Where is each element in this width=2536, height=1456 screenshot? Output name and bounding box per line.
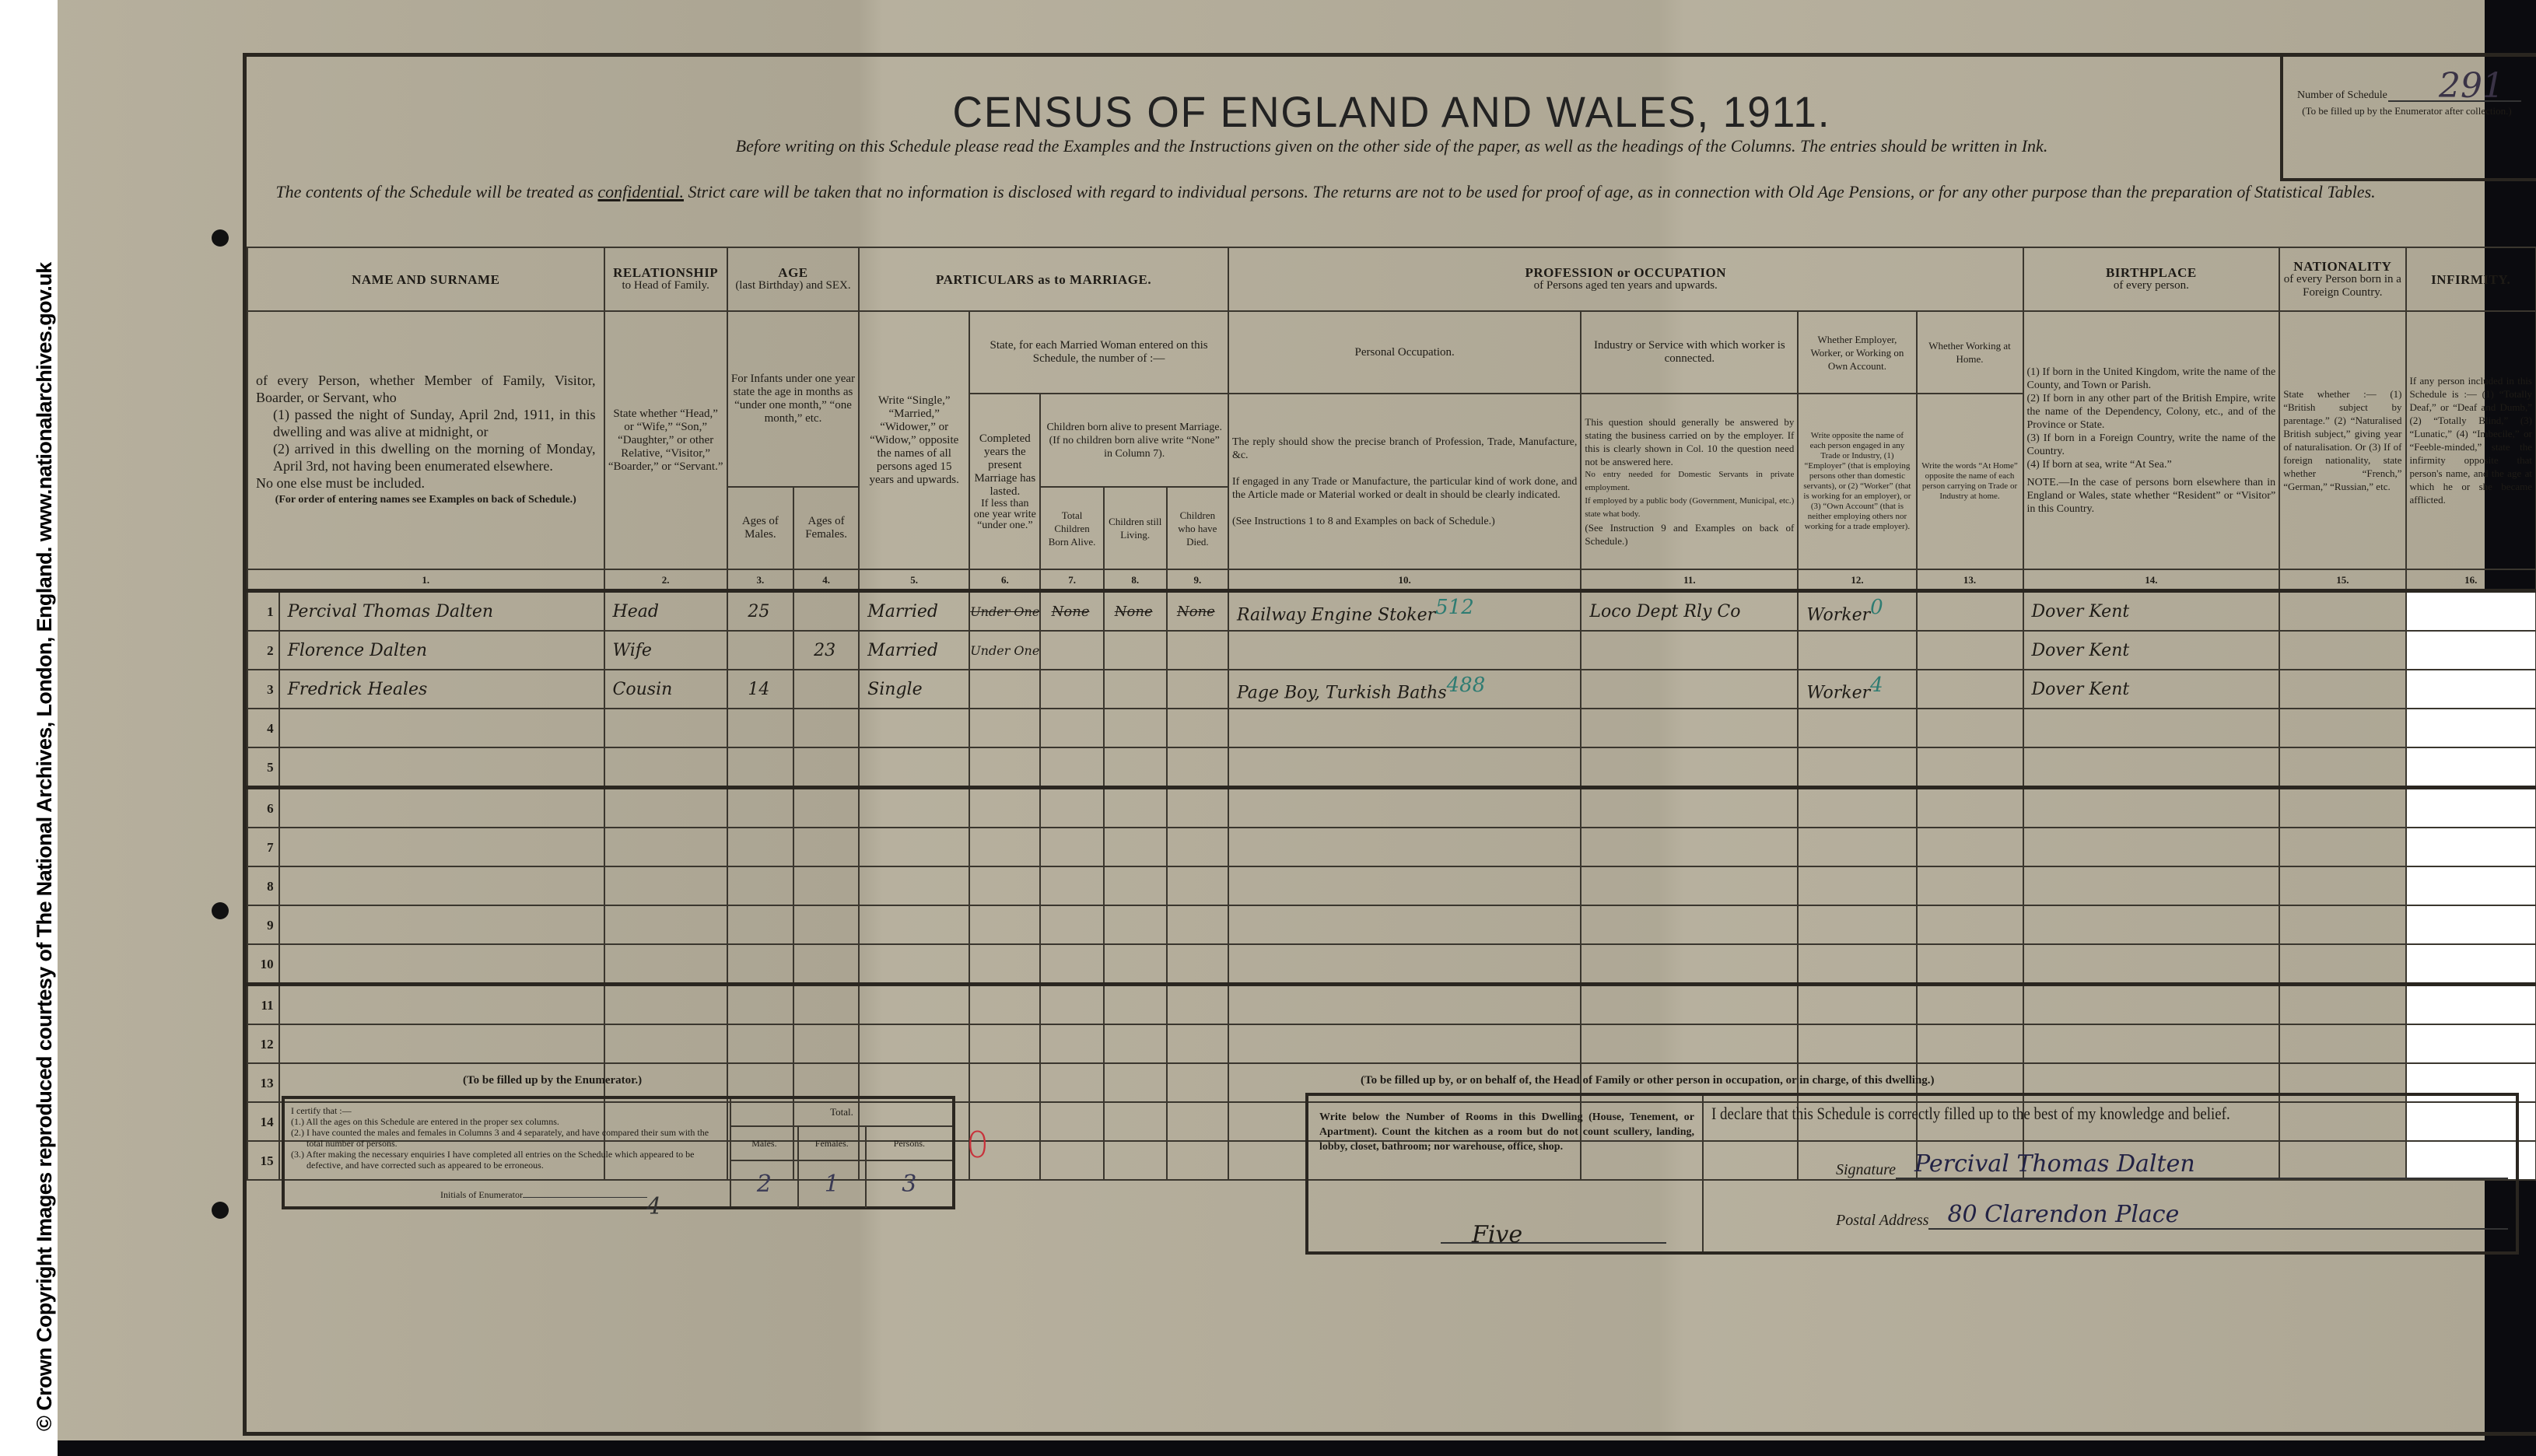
- children-died-cell: [1167, 670, 1228, 709]
- red-pencil-mark: 0: [966, 1124, 989, 1166]
- punch-hole: [212, 1202, 229, 1219]
- instruction-line: Before writing on this Schedule please r…: [247, 136, 2536, 156]
- home-cell: [1917, 591, 2023, 632]
- total-persons: 3: [867, 1161, 952, 1208]
- header-home: Whether Working at Home.: [1917, 311, 2023, 394]
- postal-address-value: 80 Clarendon Place: [1928, 1201, 2508, 1230]
- empty-cell: [1104, 905, 1167, 944]
- children-living-cell: [1104, 670, 1167, 709]
- empty-cell: [1917, 866, 2023, 905]
- empty-cell: [1798, 788, 1916, 828]
- infirmity-cell-redacted: [2406, 709, 2536, 747]
- rooms-value: Five: [1441, 1227, 1666, 1244]
- empty-cell: [1917, 788, 2023, 828]
- empty-cell: [727, 709, 793, 747]
- years-married-cell: [969, 670, 1040, 709]
- table-row: 6: [247, 788, 2536, 828]
- col-number: 10.: [1228, 569, 1581, 591]
- occupation-cell: Page Boy, Turkish Baths488: [1228, 670, 1581, 709]
- industry-instructions: This question should generally be answer…: [1581, 394, 1798, 569]
- home-cell: [1917, 631, 2023, 670]
- empty-cell: [859, 905, 969, 944]
- row-number: 9: [247, 905, 279, 944]
- empty-cell: [727, 788, 793, 828]
- empty-cell: [793, 828, 859, 866]
- empty-cell: [969, 788, 1040, 828]
- schedule-number-note: (To be filled up by the Enumerator after…: [2294, 105, 2520, 117]
- age-female-cell: [793, 670, 859, 709]
- row-number: 7: [247, 828, 279, 866]
- empty-cell: [1228, 905, 1581, 944]
- empty-cell: [1798, 944, 1916, 985]
- birthplace-cell: Dover Kent: [2023, 631, 2280, 670]
- table-row: 8: [247, 866, 2536, 905]
- empty-cell: [1581, 709, 1798, 747]
- empty-cell: [727, 1024, 793, 1063]
- employer-cell: Worker0: [1798, 591, 1916, 632]
- col-number: 16.: [2406, 569, 2536, 591]
- nationality-cell: [2279, 631, 2405, 670]
- empty-cell: [859, 828, 969, 866]
- col-number: 8.: [1104, 569, 1167, 591]
- infirmity-cell-redacted: [2406, 631, 2536, 670]
- empty-cell: [1228, 866, 1581, 905]
- marriage-cell: Married: [859, 591, 969, 632]
- empty-cell: [793, 985, 859, 1025]
- header-relationship: RELATIONSHIPto Head of Family.: [604, 247, 727, 311]
- empty-cell: [969, 985, 1040, 1025]
- empty-cell: [1167, 747, 1228, 788]
- empty-cell: [2023, 788, 2280, 828]
- years-married-instructions: Completed years the present Marriage has…: [969, 394, 1040, 569]
- infirmity-cell-redacted: [2406, 1024, 2536, 1063]
- name-cell: Florence Dalten: [279, 631, 604, 670]
- empty-cell: [604, 788, 727, 828]
- age-male-cell: [727, 631, 793, 670]
- name-instructions: of every Person, whether Member of Famil…: [247, 311, 604, 569]
- empty-cell: [279, 788, 604, 828]
- empty-cell: [2279, 788, 2405, 828]
- header-birthplace: BIRTHPLACEof every person.: [2023, 247, 2280, 311]
- relationship-cell: Cousin: [604, 670, 727, 709]
- initials-value: 4: [646, 1202, 661, 1213]
- head-of-family-box: Write below the Number of Rooms in this …: [1305, 1093, 2519, 1255]
- empty-cell: [279, 709, 604, 747]
- row-number: 6: [247, 788, 279, 828]
- row-number: 12: [247, 1024, 279, 1063]
- col-number: 2.: [604, 569, 727, 591]
- table-row: 1 Percival Thomas Dalten Head 25 Married…: [247, 591, 2536, 632]
- empty-cell: [279, 1024, 604, 1063]
- empty-cell: [604, 905, 727, 944]
- empty-cell: [2279, 747, 2405, 788]
- copyright-strip: © Crown Copyright Images reproduced cour…: [0, 0, 58, 1456]
- empty-cell: [1167, 944, 1228, 985]
- birthplace-cell: Dover Kent: [2023, 591, 2280, 632]
- empty-cell: [2023, 1024, 2280, 1063]
- empty-cell: [1040, 866, 1103, 905]
- infirmity-cell-redacted: [2406, 944, 2536, 985]
- table-row: 3 Fredrick Heales Cousin 14 Single Page …: [247, 670, 2536, 709]
- home-instructions: Write the words “At Home” opposite the n…: [1917, 394, 2023, 569]
- industry-cell: Loco Dept Rly Co: [1581, 591, 1798, 632]
- years-married-cell: Under One: [969, 631, 1040, 670]
- empty-cell: [279, 944, 604, 985]
- empty-cell: [969, 1024, 1040, 1063]
- empty-cell: [1917, 828, 2023, 866]
- table-row: 9: [247, 905, 2536, 944]
- col-number: 9.: [1167, 569, 1228, 591]
- empty-cell: [1917, 747, 2023, 788]
- marriage-cell: Single: [859, 670, 969, 709]
- declaration-box: I declare that this Schedule is correctl…: [1704, 1096, 2516, 1251]
- empty-cell: [969, 709, 1040, 747]
- empty-cell: [1581, 944, 1798, 985]
- empty-cell: [859, 1024, 969, 1063]
- col-number: 5.: [859, 569, 969, 591]
- infirmity-cell-redacted: [2406, 747, 2536, 788]
- empty-cell: [793, 788, 859, 828]
- totals-table: Total. Males.2 Females.1 Persons.3: [731, 1099, 952, 1206]
- children-died-cell: [1167, 631, 1228, 670]
- industry-cell: [1581, 670, 1798, 709]
- employer-cell: Worker4: [1798, 670, 1916, 709]
- schedule-number-value: 291: [2439, 66, 2504, 106]
- home-cell: [1917, 670, 2023, 709]
- infirmity-cell-redacted: [2406, 828, 2536, 866]
- empty-cell: [1917, 905, 2023, 944]
- children-living-cell: [1104, 631, 1167, 670]
- empty-cell: [2023, 944, 2280, 985]
- empty-cell: [1167, 1024, 1228, 1063]
- empty-cell: [604, 709, 727, 747]
- empty-cell: [1104, 985, 1167, 1025]
- name-cell: Fredrick Heales: [279, 670, 604, 709]
- empty-cell: [1040, 1024, 1103, 1063]
- empty-cell: [1167, 866, 1228, 905]
- empty-cell: [2279, 866, 2405, 905]
- empty-cell: [1798, 905, 1916, 944]
- employer-code: 4: [1870, 674, 1883, 697]
- empty-cell: [1798, 985, 1916, 1025]
- table-row: 10: [247, 944, 2536, 985]
- empty-cell: [1798, 866, 1916, 905]
- employer-code: 0: [1870, 596, 1883, 619]
- col-number: 13.: [1917, 569, 2023, 591]
- name-cell: Percival Thomas Dalten: [279, 591, 604, 632]
- employer-instructions: Write opposite the name of each person e…: [1798, 394, 1916, 569]
- header-employer: Whether Employer, Worker, or Working on …: [1798, 311, 1916, 394]
- col-number: 14.: [2023, 569, 2280, 591]
- children-living-cell: None: [1104, 591, 1167, 632]
- empty-cell: [604, 985, 727, 1025]
- age-male-cell: 14: [727, 670, 793, 709]
- empty-cell: [859, 709, 969, 747]
- empty-cell: [727, 866, 793, 905]
- table-row: 7: [247, 828, 2536, 866]
- col-number: 3.: [727, 569, 793, 591]
- header-children-died: Children who have Died.: [1167, 487, 1228, 569]
- empty-cell: [2023, 985, 2280, 1025]
- infirmity-cell-redacted: [2406, 985, 2536, 1025]
- header-marriage: PARTICULARS as to MARRIAGE.: [859, 247, 1228, 311]
- empty-cell: [279, 985, 604, 1025]
- footer-section: (To be filled up by the Enumerator.) I c…: [247, 1059, 2536, 1440]
- empty-cell: [604, 828, 727, 866]
- schedule-number-box: Number of Schedule 291 (To be filled up …: [2280, 57, 2536, 181]
- empty-cell: [1228, 828, 1581, 866]
- years-married-cell: Under One: [969, 591, 1040, 632]
- table-row: 4: [247, 709, 2536, 747]
- birthplace-cell: Dover Kent: [2023, 670, 2280, 709]
- enumerator-section-title: (To be filled up by the Enumerator.): [463, 1074, 642, 1087]
- empty-cell: [1104, 828, 1167, 866]
- empty-cell: [1917, 944, 2023, 985]
- married-woman-instructions: State, for each Married Woman entered on…: [969, 311, 1228, 394]
- empty-cell: [859, 944, 969, 985]
- empty-cell: [793, 709, 859, 747]
- header-occupation: PROFESSION or OCCUPATIONof Persons aged …: [1228, 247, 2023, 311]
- col-number: 12.: [1798, 569, 1916, 591]
- children-born-cell: [1040, 670, 1103, 709]
- copyright-notice: © Crown Copyright Images reproduced cour…: [29, 262, 60, 1431]
- col-number: 4.: [793, 569, 859, 591]
- enumerator-initials: Initials of Enumerator4: [440, 1189, 647, 1200]
- empty-cell: [1581, 828, 1798, 866]
- header-infirmity: INFIRMITY.: [2406, 247, 2536, 311]
- schedule-frame: CENSUS OF ENGLAND AND WALES, 1911. Befor…: [243, 53, 2536, 1436]
- empty-cell: [1104, 788, 1167, 828]
- empty-cell: [1917, 985, 2023, 1025]
- employer-cell: [1798, 631, 1916, 670]
- empty-cell: [1040, 905, 1103, 944]
- head-of-family-section-title: (To be filled up by, or on behalf of, th…: [1361, 1074, 1935, 1087]
- empty-cell: [1581, 1024, 1798, 1063]
- empty-cell: [727, 985, 793, 1025]
- header-ages-females: Ages of Females.: [793, 487, 859, 569]
- empty-cell: [793, 905, 859, 944]
- col-number: 1.: [247, 569, 604, 591]
- infirmity-instructions: If any person included in this Schedule …: [2406, 311, 2536, 569]
- infirmity-cell-redacted: [2406, 670, 2536, 709]
- row-number: 4: [247, 709, 279, 747]
- row-number: 10: [247, 944, 279, 985]
- punch-hole: [212, 902, 229, 919]
- empty-cell: [2279, 828, 2405, 866]
- empty-cell: [1798, 1024, 1916, 1063]
- empty-cell: [1167, 985, 1228, 1025]
- empty-cell: [727, 905, 793, 944]
- empty-cell: [2279, 905, 2405, 944]
- age-instructions: For Infants under one year state the age…: [727, 311, 859, 487]
- empty-cell: [1167, 788, 1228, 828]
- row-number: 2: [247, 631, 279, 670]
- rooms-box: Write below the Number of Rooms in this …: [1308, 1096, 1704, 1251]
- empty-cell: [604, 747, 727, 788]
- row-number: 5: [247, 747, 279, 788]
- empty-cell: [2023, 747, 2280, 788]
- empty-cell: [1040, 747, 1103, 788]
- empty-cell: [1228, 709, 1581, 747]
- empty-cell: [2279, 1024, 2405, 1063]
- empty-cell: [1798, 747, 1916, 788]
- certification-text: I certify that :— (1.) All the ages on t…: [285, 1099, 731, 1206]
- col-number: 6.: [969, 569, 1040, 591]
- empty-cell: [1167, 828, 1228, 866]
- empty-cell: [2279, 985, 2405, 1025]
- header-total-children: Total Children Born Alive.: [1040, 487, 1103, 569]
- table-row: 5: [247, 747, 2536, 788]
- empty-cell: [279, 905, 604, 944]
- table-row: 12: [247, 1024, 2536, 1063]
- table-row: 2 Florence Dalten Wife 23 Married Under …: [247, 631, 2536, 670]
- header-age: AGE(last Birthday) and SEX.: [727, 247, 859, 311]
- empty-cell: [2023, 709, 2280, 747]
- children-born-cell: [1040, 631, 1103, 670]
- birthplace-instructions: (1) If born in the United Kingdom, write…: [2023, 311, 2280, 569]
- enumerator-certification-box: I certify that :— (1.) All the ages on t…: [282, 1096, 955, 1209]
- empty-cell: [1040, 944, 1103, 985]
- empty-cell: [969, 944, 1040, 985]
- schedule-number-label: Number of Schedule: [2297, 89, 2387, 102]
- row-number: 8: [247, 866, 279, 905]
- empty-cell: [859, 866, 969, 905]
- header-nationality: NATIONALITYof every Person born in a For…: [2279, 247, 2405, 311]
- empty-cell: [1104, 709, 1167, 747]
- relationship-cell: Head: [604, 591, 727, 632]
- empty-cell: [1581, 985, 1798, 1025]
- infirmity-cell-redacted: [2406, 591, 2536, 632]
- row-number: 3: [247, 670, 279, 709]
- row-number: 11: [247, 985, 279, 1025]
- relationship-cell: Wife: [604, 631, 727, 670]
- industry-cell: [1581, 631, 1798, 670]
- empty-cell: [969, 747, 1040, 788]
- total-females: 1: [799, 1161, 865, 1208]
- empty-cell: [969, 828, 1040, 866]
- empty-cell: [604, 866, 727, 905]
- empty-cell: [859, 788, 969, 828]
- total-males: 2: [731, 1161, 797, 1208]
- empty-cell: [1798, 709, 1916, 747]
- header-ages-males: Ages of Males.: [727, 487, 793, 569]
- children-instructions: Children born alive to present Marriage.…: [1040, 394, 1228, 487]
- postal-address-line: Postal Address80 Clarendon Place: [1836, 1201, 2508, 1230]
- empty-cell: [1228, 747, 1581, 788]
- marriage-cell: Married: [859, 631, 969, 670]
- empty-cell: [793, 1024, 859, 1063]
- empty-cell: [969, 905, 1040, 944]
- empty-cell: [1581, 788, 1798, 828]
- empty-cell: [279, 747, 604, 788]
- empty-cell: [793, 944, 859, 985]
- nationality-instructions: State whether :— (1) “British subject by…: [2279, 311, 2405, 569]
- empty-cell: [1917, 1024, 2023, 1063]
- empty-cell: [2279, 709, 2405, 747]
- occupation-cell: [1228, 631, 1581, 670]
- page-title: CENSUS OF ENGLAND AND WALES, 1911.: [304, 86, 2480, 137]
- empty-cell: [1040, 985, 1103, 1025]
- empty-cell: [2023, 866, 2280, 905]
- header-children-living: Children still Living.: [1104, 487, 1167, 569]
- header-industry: Industry or Service with which worker is…: [1581, 311, 1798, 394]
- col-number: 15.: [2279, 569, 2405, 591]
- empty-cell: [1104, 944, 1167, 985]
- empty-cell: [793, 747, 859, 788]
- age-female-cell: [793, 591, 859, 632]
- punch-hole: [212, 229, 229, 247]
- signature-line: SignaturePercival Thomas Dalten: [1836, 1150, 2508, 1179]
- empty-cell: [604, 944, 727, 985]
- census-table: NAME AND SURNAME RELATIONSHIPto Head of …: [247, 247, 2536, 1181]
- age-male-cell: 25: [727, 591, 793, 632]
- infirmity-cell-redacted: [2406, 866, 2536, 905]
- empty-cell: [727, 944, 793, 985]
- header-name: NAME AND SURNAME: [247, 247, 604, 311]
- header-personal-occupation: Personal Occupation.: [1228, 311, 1581, 394]
- signature-value: Percival Thomas Dalten: [1896, 1150, 2508, 1179]
- empty-cell: [279, 828, 604, 866]
- empty-cell: [1104, 747, 1167, 788]
- empty-cell: [859, 985, 969, 1025]
- relationship-instructions: State whether “Head,” or “Wife,” “Son,” …: [604, 311, 727, 569]
- empty-cell: [1228, 985, 1581, 1025]
- empty-cell: [1167, 709, 1228, 747]
- empty-cell: [1798, 828, 1916, 866]
- empty-cell: [2279, 944, 2405, 985]
- empty-cell: [2023, 828, 2280, 866]
- empty-cell: [969, 866, 1040, 905]
- children-died-cell: None: [1167, 591, 1228, 632]
- empty-cell: [1228, 944, 1581, 985]
- nationality-cell: [2279, 670, 2405, 709]
- empty-cell: [279, 866, 604, 905]
- empty-cell: [1104, 866, 1167, 905]
- row-number: 1: [247, 591, 279, 632]
- occupation-cell: Railway Engine Stoker512: [1228, 591, 1581, 632]
- empty-cell: [1040, 709, 1103, 747]
- empty-cell: [859, 747, 969, 788]
- empty-cell: [1581, 905, 1798, 944]
- occupation-code: 512: [1435, 596, 1474, 619]
- empty-cell: [1581, 747, 1798, 788]
- empty-cell: [727, 747, 793, 788]
- age-female-cell: 23: [793, 631, 859, 670]
- declaration-text: I declare that this Schedule is correctl…: [1711, 1104, 2230, 1124]
- empty-cell: [2023, 905, 2280, 944]
- empty-cell: [1581, 866, 1798, 905]
- infirmity-cell-redacted: [2406, 788, 2536, 828]
- empty-cell: [793, 866, 859, 905]
- marriage-status-instructions: Write “Single,” “Married,” “Widower,” or…: [859, 311, 969, 569]
- nationality-cell: [2279, 591, 2405, 632]
- empty-cell: [1104, 1024, 1167, 1063]
- confidentiality-notice: The contents of the Schedule will be tre…: [270, 181, 2381, 203]
- occupation-code: 488: [1447, 674, 1486, 697]
- empty-cell: [604, 1024, 727, 1063]
- empty-cell: [1228, 1024, 1581, 1063]
- empty-cell: [1228, 788, 1581, 828]
- empty-cell: [1040, 788, 1103, 828]
- empty-cell: [727, 828, 793, 866]
- empty-cell: [1167, 905, 1228, 944]
- table-row: 11: [247, 985, 2536, 1025]
- empty-cell: [1040, 828, 1103, 866]
- infirmity-cell-redacted: [2406, 905, 2536, 944]
- personal-occupation-instructions: The reply should show the precise branch…: [1228, 394, 1581, 569]
- children-born-cell: None: [1040, 591, 1103, 632]
- census-schedule-page: CENSUS OF ENGLAND AND WALES, 1911. Befor…: [58, 0, 2485, 1440]
